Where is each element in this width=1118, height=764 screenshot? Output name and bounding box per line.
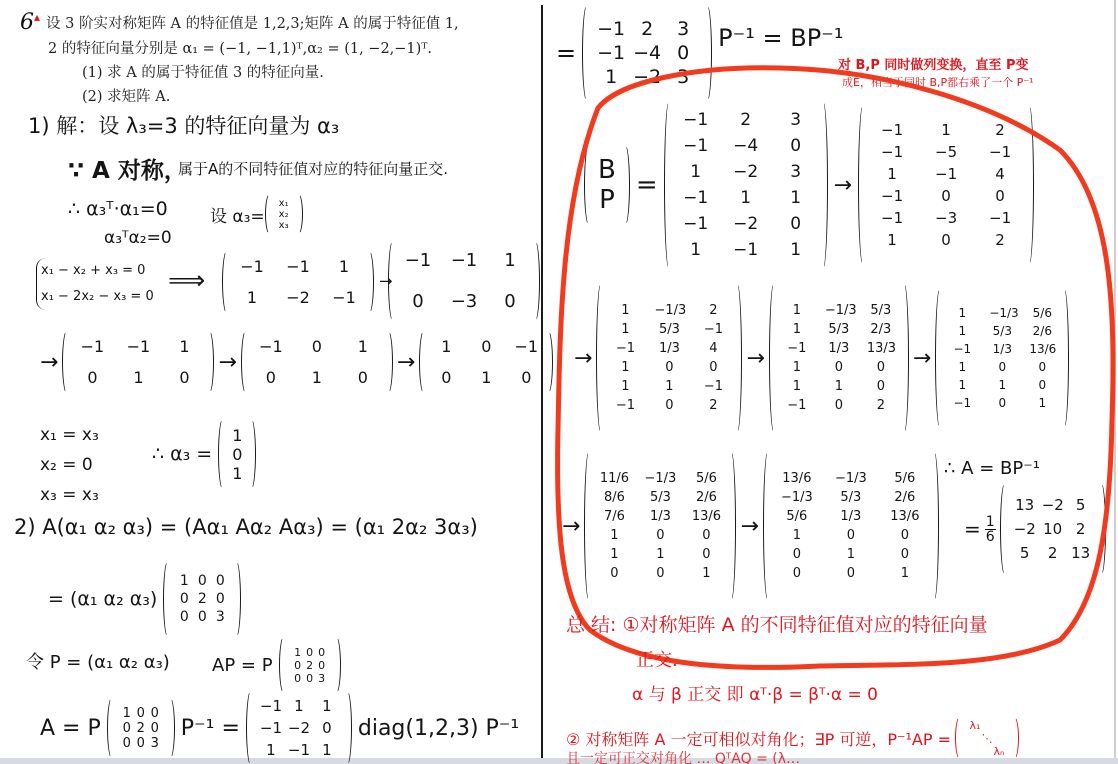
cell: 1 <box>644 547 676 562</box>
cell: −1 <box>678 110 714 130</box>
cell: 13 <box>1014 496 1036 514</box>
arrow: → <box>740 514 758 539</box>
p-matrix: −111 −1−20 1−11 <box>246 690 352 764</box>
cell: 0 <box>213 591 227 607</box>
cell: −1/3 <box>777 490 817 505</box>
cell: −1 <box>596 42 626 64</box>
augmented-row-1: B P = −123 −1−40 1−23 −111 −1−20 1−11 → … <box>584 100 1034 270</box>
cell: 3 <box>668 18 698 40</box>
cell: 2/6 <box>690 490 722 505</box>
cell: −1 <box>949 342 975 356</box>
cell: 7/6 <box>598 509 630 524</box>
cell: 0 <box>980 187 1020 205</box>
cell: 1 <box>778 240 814 260</box>
cell: 1 <box>328 257 360 276</box>
cell: 0 <box>177 609 191 625</box>
cell: 0 <box>598 566 630 581</box>
problem-line-2: 2 的特征向量分别是 α₁ = (−1, −1,1)ᵀ,α₂ = (1, −2,… <box>48 37 432 58</box>
cell: 5 <box>1014 544 1036 562</box>
cell: 1 <box>949 360 975 374</box>
cell: 0 <box>433 368 459 387</box>
cell: 1 <box>232 464 242 483</box>
coef-matrix-1: −1−11 1−2−1 → <box>222 250 393 314</box>
aug-matrix-6: 13/6−1/35/6 −1/35/32/6 5/61/313/6 100 01… <box>763 450 939 602</box>
set-alpha3-label: 设 α₃= <box>210 202 265 227</box>
diag-matrix: 100 020 003 <box>163 560 241 638</box>
cell: 5/6 <box>690 471 722 486</box>
cell: 2/6 <box>885 490 925 505</box>
cell: 0 <box>135 736 147 751</box>
cell: 0 <box>121 736 133 751</box>
arrow: → <box>40 350 58 375</box>
cell: 11/6 <box>598 471 630 486</box>
problem-question-2: (2) 求矩阵 A. <box>82 85 170 106</box>
problem-line-1: 设 3 阶实对称矩阵 A 的特征值是 1,2,3;矩阵 A 的属于特征值 1, <box>46 12 459 33</box>
cell: −1 <box>513 337 539 356</box>
cell: 1 <box>610 360 640 375</box>
cell: −2 <box>282 288 314 307</box>
summary-point-2: ② 对称矩阵 A 一定可相似对角化；∃P 可逆，P⁻¹AP = <box>566 727 951 750</box>
coef-matrix-5: 10−1 010 <box>419 330 553 394</box>
cell: −1/3 <box>644 471 676 486</box>
equation-system: x₁ − x₂ + x₃ = 0 x₁ − 2x₂ − x₃ = 0 <box>36 258 154 310</box>
cell: 0 <box>831 566 871 581</box>
arrow: → <box>397 350 415 375</box>
cell: 2 <box>1042 544 1064 562</box>
cell: 5/3 <box>867 303 895 318</box>
cell: 0 <box>305 672 315 685</box>
cell: −1 <box>728 240 764 260</box>
cell: −1 <box>402 250 434 271</box>
cell: 0 <box>402 291 434 312</box>
cell: 1 <box>610 379 640 394</box>
coef-matrix-2: −1−11 0−30 <box>388 240 540 322</box>
aug-matrix-3: 1−1/35/3 15/32/3 −11/313/3 100 110 −102 <box>769 282 909 434</box>
cell: 5/6 <box>777 509 817 524</box>
lambda-n: λₙ <box>993 745 1005 758</box>
cell: −2 <box>728 214 764 234</box>
cell: 0 <box>293 659 303 672</box>
cell: 2 <box>698 398 728 413</box>
cell: 5/3 <box>831 490 871 505</box>
part2-line-1: 2) A(α₁ α₂ α₃) = (Aα₁ Aα₂ Aα₃) = (α₁ 2α₂… <box>14 515 478 539</box>
cell: 4 <box>980 165 1020 183</box>
cell: 1 <box>494 250 526 271</box>
because-text: ∵ A 对称， <box>68 152 187 185</box>
cell: 0 <box>195 609 209 625</box>
result-matrix-eq: = 1 6 13−25 −2102 5213 <box>964 482 1106 576</box>
a-equation: A = P 100 020 003 P⁻¹ = −111 −1−20 1−11 … <box>40 690 519 764</box>
cell: −4 <box>728 136 764 156</box>
cell: −1 <box>678 188 714 208</box>
cell: 0 <box>698 360 728 375</box>
var-x2: x₂ <box>279 209 289 220</box>
cell: 0 <box>644 528 676 543</box>
cell: 1 <box>598 528 630 543</box>
augmented-row-2: → 1−1/32 15/3−1 −11/34 100 11−1 −102 → 1… <box>574 282 1069 434</box>
cell: −1 <box>872 143 912 161</box>
red-note-line-1: 对 B,P 同时做列变换，直至 P变 <box>838 54 1028 73</box>
cell: 0 <box>168 368 200 387</box>
cell: 0 <box>690 528 722 543</box>
cell: 1 <box>728 188 764 208</box>
cell: 0 <box>885 528 925 543</box>
cell: −1 <box>448 250 480 271</box>
cell: −1 <box>949 396 975 410</box>
cell: −1 <box>596 18 626 40</box>
cell: 0 <box>989 360 1015 374</box>
cell: 1 <box>778 188 814 208</box>
row-reduction-steps: → −1−11 010 → −101 010 → 10−1 010 <box>40 330 553 394</box>
cell: 0 <box>232 445 242 464</box>
cell: 5/3 <box>644 490 676 505</box>
equals: = <box>964 517 981 541</box>
arrow: → <box>913 346 931 371</box>
cell: −1 <box>610 341 640 356</box>
aug-matrix-2: 1−1/32 15/3−1 −11/34 100 11−1 −102 <box>596 282 742 434</box>
lambda-diag-matrix: λ₁ ⋱ λₙ <box>955 716 1019 760</box>
cell: 0 <box>885 547 925 562</box>
cell: 3 <box>778 110 814 130</box>
coef-matrix-3: −1−11 010 <box>62 330 214 394</box>
part1-heading: 1) 解：设 λ₃=3 的特征向量为 α₃ <box>28 110 339 140</box>
cell: 1 <box>831 547 871 562</box>
cell: 3 <box>317 672 327 685</box>
problem-number-text: 6 <box>20 10 34 35</box>
cell: 1 <box>1029 396 1055 410</box>
part2-line-2: = (α₁ α₂ α₃) 100 020 003 <box>48 560 241 638</box>
summary-line-5-cut: 且一定可正交对角化 … QᵀAQ = (λ… <box>566 748 800 764</box>
cell: 0 <box>293 672 303 685</box>
cell: 2 <box>867 398 895 413</box>
cell: −1 <box>872 121 912 139</box>
cell: 0 <box>926 187 966 205</box>
cell: −1 <box>872 187 912 205</box>
coef-matrix-4: −101 010 <box>241 330 393 394</box>
cell: 1 <box>473 368 499 387</box>
cell: 1/3 <box>654 341 684 356</box>
one-sixth: 1 6 <box>985 515 996 544</box>
cell: 0 <box>1029 378 1055 392</box>
cell: −1 <box>872 209 912 227</box>
b-label: B <box>598 155 616 185</box>
cell: 1 <box>989 378 1015 392</box>
ap-equation: AP = P 100 020 003 <box>212 636 341 694</box>
cell: 1 <box>122 368 154 387</box>
red-note-line-2: 成E，相当于同时 B,P都右乘了一个 P⁻¹ <box>842 74 1033 90</box>
cell: 5/3 <box>989 324 1015 338</box>
arrow: → <box>746 346 764 371</box>
ap-label: AP = P <box>212 655 273 676</box>
cell: −2 <box>728 162 764 182</box>
cell: −1 <box>698 322 728 337</box>
cell: 2 <box>698 303 728 318</box>
cell: 1 <box>177 573 191 589</box>
cell: 0 <box>177 591 191 607</box>
cell: 2 <box>632 18 662 40</box>
cell: −2 <box>632 66 662 88</box>
summary-line-3: α 与 β 正交 即 αᵀ·β = βᵀ·α = 0 <box>632 680 878 705</box>
cell: 2 <box>980 231 1020 249</box>
set-alpha3: 设 α₃= x₁ x₂ x₃ <box>210 193 303 235</box>
cell: 1 <box>598 547 630 562</box>
cell: 13/6 <box>1029 342 1055 356</box>
solution-x1: x₁ = x₃ <box>40 420 99 450</box>
cell: −1 <box>926 165 966 183</box>
cell: −1 <box>678 214 714 234</box>
cell: 1 <box>783 303 811 318</box>
cell: 1 <box>260 741 282 759</box>
cell: 1 <box>926 121 966 139</box>
cell: 0 <box>195 573 209 589</box>
b-equation: = −123 −1−40 1−23 P⁻¹ = BP⁻¹ <box>556 4 843 102</box>
cell: 0 <box>644 566 676 581</box>
cell: −1 <box>260 697 282 715</box>
cell: 1 <box>168 337 200 356</box>
b-matrix: −123 −1−40 1−23 <box>582 4 712 102</box>
cell: 4 <box>698 341 728 356</box>
cell: −1 <box>288 741 310 759</box>
cell: 1 <box>236 288 268 307</box>
cell: 0 <box>305 646 315 659</box>
cell: 0 <box>76 368 108 387</box>
augmented-row-3: → 11/6−1/35/6 8/65/32/6 7/61/313/6 100 1… <box>562 450 939 602</box>
equals: = <box>636 170 658 200</box>
equals: = <box>556 39 576 67</box>
cell: 0 <box>317 646 327 659</box>
cell: 0 <box>831 528 871 543</box>
cell: 1 <box>293 646 303 659</box>
alpha-row: = (α₁ α₂ α₃) <box>48 588 157 610</box>
cell: 1 <box>121 706 133 721</box>
arrow: → <box>562 514 580 539</box>
cell: 0 <box>149 706 161 721</box>
cell: 1 <box>885 566 925 581</box>
a-label: A = P <box>40 716 101 741</box>
cell: 8/6 <box>598 490 630 505</box>
denominator: 6 <box>986 530 995 544</box>
cell: −1 <box>783 341 811 356</box>
cell: 0 <box>867 379 895 394</box>
cell: −1 <box>282 257 314 276</box>
summary-point-1: ①对称矩阵 A 的不同特征值对应的特征向量 <box>623 614 988 636</box>
cell: 10 <box>1042 520 1064 538</box>
red-marker-icon: ▴ <box>34 10 40 24</box>
cell: 1 <box>288 697 310 715</box>
cell: 1 <box>949 306 975 320</box>
cell: −3 <box>926 209 966 227</box>
summary-line-2: 正交. <box>636 646 678 672</box>
cell: 2/6 <box>1029 324 1055 338</box>
cell: 1 <box>872 231 912 249</box>
orthogonal-eq-1: ∴ α₃ᵀ·α₁=0 <box>68 198 168 220</box>
bp-stack: B P <box>584 144 630 226</box>
arrow: → <box>574 346 592 371</box>
cell: 0 <box>121 721 133 736</box>
numerator: 1 <box>985 515 996 530</box>
cell: −1/3 <box>825 303 853 318</box>
problem-number: 6▴ <box>20 10 40 35</box>
alpha3-vars-vector: x₁ x₂ x₃ <box>265 193 303 235</box>
cell: 1 <box>783 322 811 337</box>
cell: 0 <box>473 337 499 356</box>
cell: 1/3 <box>989 342 1015 356</box>
equation-2: x₁ − 2x₂ − x₃ = 0 <box>41 284 154 310</box>
cell: 13/6 <box>885 509 925 524</box>
cell: −1/3 <box>654 303 684 318</box>
result-matrix: 13−25 −2102 5213 <box>1000 482 1106 576</box>
aug-matrix-5: 11/6−1/35/6 8/65/32/6 7/61/313/6 100 110… <box>584 450 736 602</box>
cell: 0 <box>213 573 227 589</box>
cell: 1/3 <box>825 341 853 356</box>
cell: 1 <box>347 337 379 356</box>
cell: 0 <box>301 337 333 356</box>
cell: 1 <box>301 368 333 387</box>
aug-matrix-0: −123 −1−40 1−23 −111 −1−20 1−11 <box>664 100 828 270</box>
cell: 5/3 <box>825 322 853 337</box>
cell: 1 <box>777 528 817 543</box>
diag-text: diag(1,2,3) P⁻¹ <box>358 716 519 741</box>
summary-line-1: 总 结: ①对称矩阵 A 的不同特征值对应的特征向量 <box>566 610 988 637</box>
cell: 13 <box>1070 544 1092 562</box>
cell: 3 <box>213 609 227 625</box>
cell: 3 <box>778 162 814 182</box>
solution-x2: x₂ = 0 <box>40 450 99 480</box>
cell: 2 <box>135 721 147 736</box>
cell: 2/3 <box>867 322 895 337</box>
cell: −5 <box>926 143 966 161</box>
summary-label: 总 结: <box>566 614 616 636</box>
cell: 13/6 <box>690 509 722 524</box>
cell: 1 <box>690 566 722 581</box>
lambda-1: λ₁ <box>969 719 981 732</box>
cell: 5 <box>1070 496 1092 514</box>
cell: 0 <box>654 398 684 413</box>
cell: 1 <box>610 322 640 337</box>
cell: 0 <box>926 231 966 249</box>
cell: −2 <box>1042 496 1064 514</box>
cell: 0 <box>778 214 814 234</box>
cell: −1 <box>236 257 268 276</box>
cell: 0 <box>690 547 722 562</box>
cell: 1/3 <box>644 509 676 524</box>
cell: 2 <box>728 110 764 130</box>
cell: −4 <box>632 42 662 64</box>
cell: 1 <box>316 697 338 715</box>
cell: 1 <box>678 240 714 260</box>
dots: ⋱ <box>981 732 993 745</box>
cell: −1 <box>260 719 282 737</box>
cell: −1 <box>980 143 1020 161</box>
aug-matrix-1: −112 −1−5−1 1−14 −100 −1−3−1 102 <box>858 104 1034 266</box>
cell: −1 <box>328 288 360 307</box>
cell: −1 <box>678 136 714 156</box>
equation-1: x₁ − x₂ + x₃ = 0 <box>41 258 154 284</box>
let-p: 令 P = (α₁ α₂ α₃) <box>26 648 170 674</box>
cell: −1/3 <box>831 471 871 486</box>
arrow: → <box>834 173 852 198</box>
cell: 0 <box>255 368 287 387</box>
cell: 1 <box>610 303 640 318</box>
because-note: 属于A的不同特征值对应的特征向量正交. <box>178 158 448 179</box>
cell: 0 <box>654 360 684 375</box>
cell: 3 <box>668 66 698 88</box>
cell: 0 <box>513 368 539 387</box>
solution-x3: x₃ = x₃ <box>40 480 99 510</box>
arrow: → <box>218 350 236 375</box>
implies-arrow: ⟹ <box>168 266 205 296</box>
cell: 1 <box>596 66 626 88</box>
cell: −1 <box>122 337 154 356</box>
cell: 0 <box>825 360 853 375</box>
cell: −1 <box>783 398 811 413</box>
cell: 0 <box>494 291 526 312</box>
cell: 2 <box>1070 520 1092 538</box>
cell: 1 <box>825 379 853 394</box>
cell: −1 <box>76 337 108 356</box>
cell: 0 <box>777 547 817 562</box>
cell: 1 <box>316 741 338 759</box>
cell: 2 <box>305 659 315 672</box>
cell: 5/3 <box>654 322 684 337</box>
cell: 1 <box>949 378 975 392</box>
cell: −3 <box>448 291 480 312</box>
cell: 0 <box>317 659 327 672</box>
p-label: P <box>598 185 616 215</box>
cell: −1 <box>698 379 728 394</box>
var-x1: x₁ <box>279 198 289 209</box>
cell: 1 <box>232 426 242 445</box>
p-inverse-label: P⁻¹ = <box>181 716 240 741</box>
cell: 13/3 <box>867 341 895 356</box>
cell: 5/6 <box>1029 306 1055 320</box>
cell: −2 <box>1014 520 1036 538</box>
orthogonal-eq-2: α₃ᵀα₂=0 <box>104 228 172 248</box>
bp-inverse: P⁻¹ = BP⁻¹ <box>718 24 843 52</box>
cell: 5/6 <box>885 471 925 486</box>
result-line-1: ∴ A = BP⁻¹ <box>944 458 1040 479</box>
right-edge <box>1114 0 1116 764</box>
alpha3-label: ∴ α₃ = <box>152 443 212 465</box>
cell: 0 <box>778 136 814 156</box>
aug-matrix-4: 1−1/35/6 15/32/6 −11/313/6 100 110 −101 <box>935 287 1069 429</box>
cell: 0 <box>825 398 853 413</box>
cell: 13/6 <box>777 471 817 486</box>
cell: 1 <box>949 324 975 338</box>
cell: 1 <box>433 337 459 356</box>
cell: 1 <box>872 165 912 183</box>
alpha3-result: ∴ α₃ = 1 0 1 <box>152 418 256 490</box>
cell: 1 <box>783 360 811 375</box>
var-x3: x₃ <box>279 220 289 231</box>
cell: 0 <box>347 368 379 387</box>
cell: −1 <box>610 398 640 413</box>
cell: 1 <box>783 379 811 394</box>
cell: 0 <box>135 706 147 721</box>
cell: −1 <box>255 337 287 356</box>
cell: 0 <box>867 360 895 375</box>
cell: 3 <box>149 736 161 751</box>
cell: −1/3 <box>989 306 1015 320</box>
cell: 0 <box>989 396 1015 410</box>
cell: −2 <box>288 719 310 737</box>
cell: 0 <box>1029 360 1055 374</box>
cell: 0 <box>668 42 698 64</box>
problem-question-1: (1) 求 A 的属于特征值 3 的特征向量. <box>82 61 324 82</box>
cell: 1/3 <box>831 509 871 524</box>
cell: 2 <box>195 591 209 607</box>
cell: −1 <box>980 209 1020 227</box>
